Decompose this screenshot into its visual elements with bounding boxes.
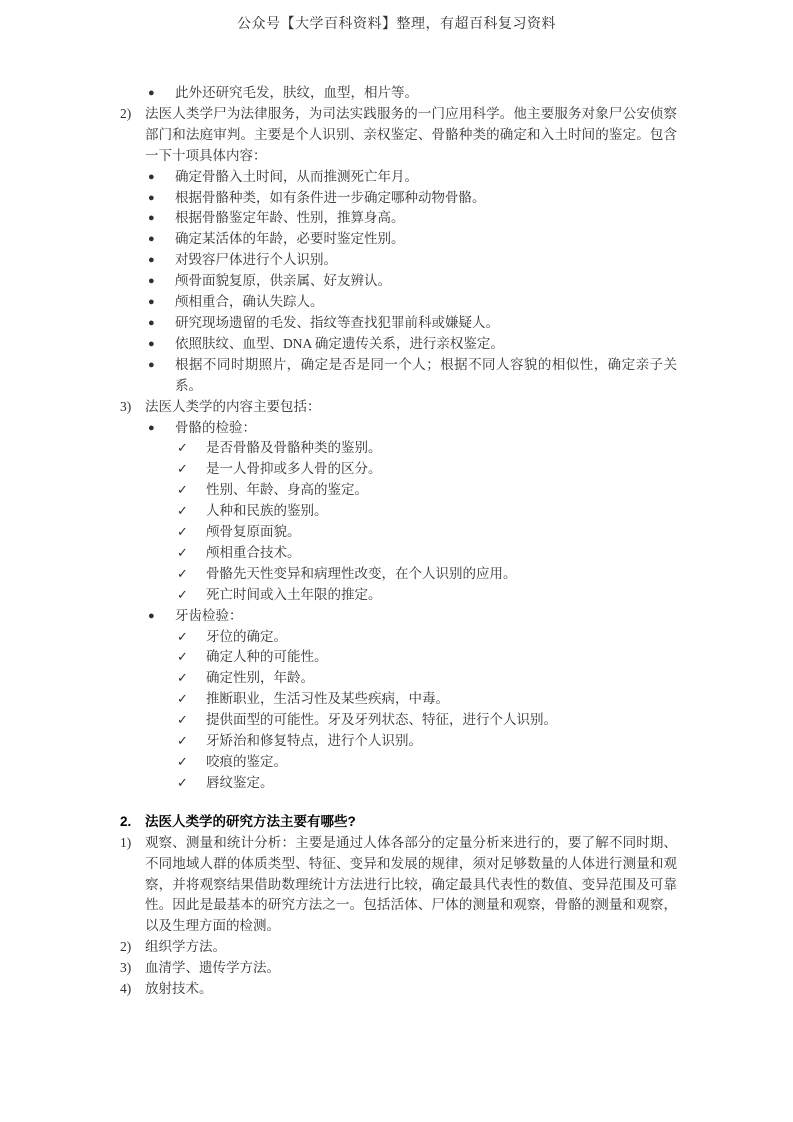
bullet-icon: ●	[145, 334, 175, 355]
check-item-text: 牙矫治和修复特点，进行个人识别。	[206, 731, 677, 752]
list-item-text: 根据骨骼种类，如有条件进一步确定哪种动物骨骼。	[175, 188, 677, 209]
bullet-icon: ●	[145, 167, 175, 188]
check-icon: ✓	[177, 585, 206, 606]
section-title: 法医人类学的研究方法主要有哪些?	[145, 812, 677, 833]
list-item: ●对毁容尸体进行个人识别。	[145, 250, 677, 271]
list-item: ●确定骨骼入土时间，从而推测死亡年月。	[145, 167, 677, 188]
list-item-text: 颅骨面貌复原，供亲属、好友辨认。	[175, 271, 677, 292]
numbered-item: 2) 组织学方法。	[120, 937, 677, 958]
bullet-icon: ●	[145, 313, 175, 334]
group-label: 骨骼的检验：	[175, 418, 677, 439]
check-item: ✓颅相重合技术。	[177, 543, 677, 564]
check-icon: ✓	[177, 543, 206, 564]
check-item-text: 确定人种的可能性。	[206, 647, 677, 668]
list-item: ● 此外还研究毛发，肤纹，血型，相片等。	[145, 83, 677, 104]
list-item: ●研究现场遗留的毛发、指纹等查找犯罪前科或嫌疑人。	[145, 313, 677, 334]
list-item-text: 依照肤纹、血型、DNA 确定遗传关系，进行亲权鉴定。	[175, 334, 677, 355]
bullet-icon: ●	[145, 208, 175, 229]
numbered-item-text: 法医人类学的内容主要包括：	[145, 397, 677, 418]
numbered-item-text: 组织学方法。	[145, 937, 677, 958]
check-item-text: 性别、年龄、身高的鉴定。	[206, 480, 677, 501]
check-item-text: 咬痕的鉴定。	[206, 752, 677, 773]
document-page: 公众号【大学百科资料】整理，有超百科复习资料 ● 此外还研究毛发，肤纹，血型，相…	[0, 0, 793, 1122]
list-item-text: 根据不同时期照片，确定是否是同一个人；根据不同人容貌的相似性，确定亲子关系。	[175, 355, 677, 397]
bullet-icon: ●	[145, 83, 175, 104]
check-item: ✓提供面型的可能性。牙及牙列状态、特征，进行个人识别。	[177, 710, 677, 731]
check-item: ✓推断职业，生活习性及某些疾病，中毒。	[177, 689, 677, 710]
list-item-text: 研究现场遗留的毛发、指纹等查找犯罪前科或嫌疑人。	[175, 313, 677, 334]
numbered-item: 3) 法医人类学的内容主要包括：	[120, 397, 677, 418]
list-item: ●依照肤纹、血型、DNA 确定遗传关系，进行亲权鉴定。	[145, 334, 677, 355]
list-item-text: 此外还研究毛发，肤纹，血型，相片等。	[175, 83, 677, 104]
numbered-item: 3) 血清学、遗传学方法。	[120, 958, 677, 979]
item-number: 2)	[120, 937, 145, 958]
check-item-text: 确定性别，年龄。	[206, 668, 677, 689]
list-item-text: 确定骨骼入土时间，从而推测死亡年月。	[175, 167, 677, 188]
check-item-text: 颅相重合技术。	[206, 543, 677, 564]
list-item-text: 对毁容尸体进行个人识别。	[175, 250, 677, 271]
check-icon: ✓	[177, 773, 206, 794]
item-number: 3)	[120, 397, 145, 418]
page-header: 公众号【大学百科资料】整理，有超百科复习资料	[0, 13, 793, 33]
list-item-text: 根据骨骼鉴定年龄、性别，推算身高。	[175, 208, 677, 229]
check-icon: ✓	[177, 731, 206, 752]
check-item-text: 人种和民族的鉴别。	[206, 501, 677, 522]
group-label: 牙齿检验：	[175, 606, 677, 627]
list-item: ●骨骼的检验：	[145, 418, 677, 439]
check-item-text: 是否骨骼及骨骼种类的鉴别。	[206, 438, 677, 459]
check-icon: ✓	[177, 480, 206, 501]
check-item-text: 颅骨复原面貌。	[206, 522, 677, 543]
list-item: ●颅骨面貌复原，供亲属、好友辨认。	[145, 271, 677, 292]
check-icon: ✓	[177, 522, 206, 543]
check-icon: ✓	[177, 501, 206, 522]
check-item-text: 死亡时间或入土年限的推定。	[206, 585, 677, 606]
check-item: ✓骨骼先天性变异和病理性改变，在个人识别的应用。	[177, 564, 677, 585]
list-item: ●牙齿检验：	[145, 606, 677, 627]
check-icon: ✓	[177, 710, 206, 731]
check-item-text: 提供面型的可能性。牙及牙列状态、特征，进行个人识别。	[206, 710, 677, 731]
item-number: 1)	[120, 833, 145, 854]
check-item: ✓死亡时间或入土年限的推定。	[177, 585, 677, 606]
list-item: ●确定某活体的年龄，必要时鉴定性别。	[145, 229, 677, 250]
bullet-icon: ●	[145, 606, 175, 627]
bullet-icon: ●	[145, 271, 175, 292]
bullet-icon: ●	[145, 229, 175, 250]
numbered-item: 4) 放射技术。	[120, 979, 677, 1000]
check-icon: ✓	[177, 752, 206, 773]
numbered-item-text: 放射技术。	[145, 979, 677, 1000]
check-item: ✓确定人种的可能性。	[177, 647, 677, 668]
check-item: ✓咬痕的鉴定。	[177, 752, 677, 773]
numbered-item-text: 法医人类学尸为法律服务，为司法实践服务的一门应用科学。他主要服务对象尸公安侦察部…	[145, 104, 677, 167]
check-icon: ✓	[177, 627, 206, 648]
numbered-item: 2) 法医人类学尸为法律服务，为司法实践服务的一门应用科学。他主要服务对象尸公安…	[120, 104, 677, 167]
check-icon: ✓	[177, 668, 206, 689]
section-number: 2.	[120, 812, 145, 833]
list-item: ●根据骨骼鉴定年龄、性别，推算身高。	[145, 208, 677, 229]
check-item: ✓颅骨复原面貌。	[177, 522, 677, 543]
check-icon: ✓	[177, 438, 206, 459]
bullet-icon: ●	[145, 188, 175, 209]
item-number: 2)	[120, 104, 145, 125]
check-item-text: 牙位的确定。	[206, 627, 677, 648]
item-number: 3)	[120, 958, 145, 979]
bullet-icon: ●	[145, 418, 175, 439]
check-item-text: 唇纹鉴定。	[206, 773, 677, 794]
check-icon: ✓	[177, 689, 206, 710]
document-body: ● 此外还研究毛发，肤纹，血型，相片等。 2) 法医人类学尸为法律服务，为司法实…	[120, 83, 677, 1000]
bullet-icon: ●	[145, 250, 175, 271]
check-item: ✓确定性别，年龄。	[177, 668, 677, 689]
numbered-item-text: 血清学、遗传学方法。	[145, 958, 677, 979]
list-item: ●根据不同时期照片，确定是否是同一个人；根据不同人容貌的相似性，确定亲子关系。	[145, 355, 677, 397]
check-item: ✓是一人骨抑或多人骨的区分。	[177, 459, 677, 480]
item-number: 4)	[120, 979, 145, 1000]
bullet-icon: ●	[145, 355, 175, 376]
check-item: ✓牙矫治和修复特点，进行个人识别。	[177, 731, 677, 752]
list-item: ●颅相重合，确认失踪人。	[145, 292, 677, 313]
list-item-text: 确定某活体的年龄，必要时鉴定性别。	[175, 229, 677, 250]
section-heading: 2. 法医人类学的研究方法主要有哪些?	[120, 812, 677, 833]
check-icon: ✓	[177, 459, 206, 480]
check-icon: ✓	[177, 564, 206, 585]
bullet-icon: ●	[145, 292, 175, 313]
check-item: ✓牙位的确定。	[177, 627, 677, 648]
check-item: ✓性别、年龄、身高的鉴定。	[177, 480, 677, 501]
numbered-item-text: 观察、测量和统计分析：主要是通过人体各部分的定量分析来进行的，要了解不同时期、不…	[145, 833, 677, 938]
list-item: ●根据骨骼种类，如有条件进一步确定哪种动物骨骼。	[145, 188, 677, 209]
check-item-text: 推断职业，生活习性及某些疾病，中毒。	[206, 689, 677, 710]
check-item: ✓是否骨骼及骨骼种类的鉴别。	[177, 438, 677, 459]
check-item: ✓唇纹鉴定。	[177, 773, 677, 794]
check-item-text: 是一人骨抑或多人骨的区分。	[206, 459, 677, 480]
check-item-text: 骨骼先天性变异和病理性改变，在个人识别的应用。	[206, 564, 677, 585]
list-item-text: 颅相重合，确认失踪人。	[175, 292, 677, 313]
check-item: ✓人种和民族的鉴别。	[177, 501, 677, 522]
check-icon: ✓	[177, 647, 206, 668]
numbered-item: 1) 观察、测量和统计分析：主要是通过人体各部分的定量分析来进行的，要了解不同时…	[120, 833, 677, 938]
